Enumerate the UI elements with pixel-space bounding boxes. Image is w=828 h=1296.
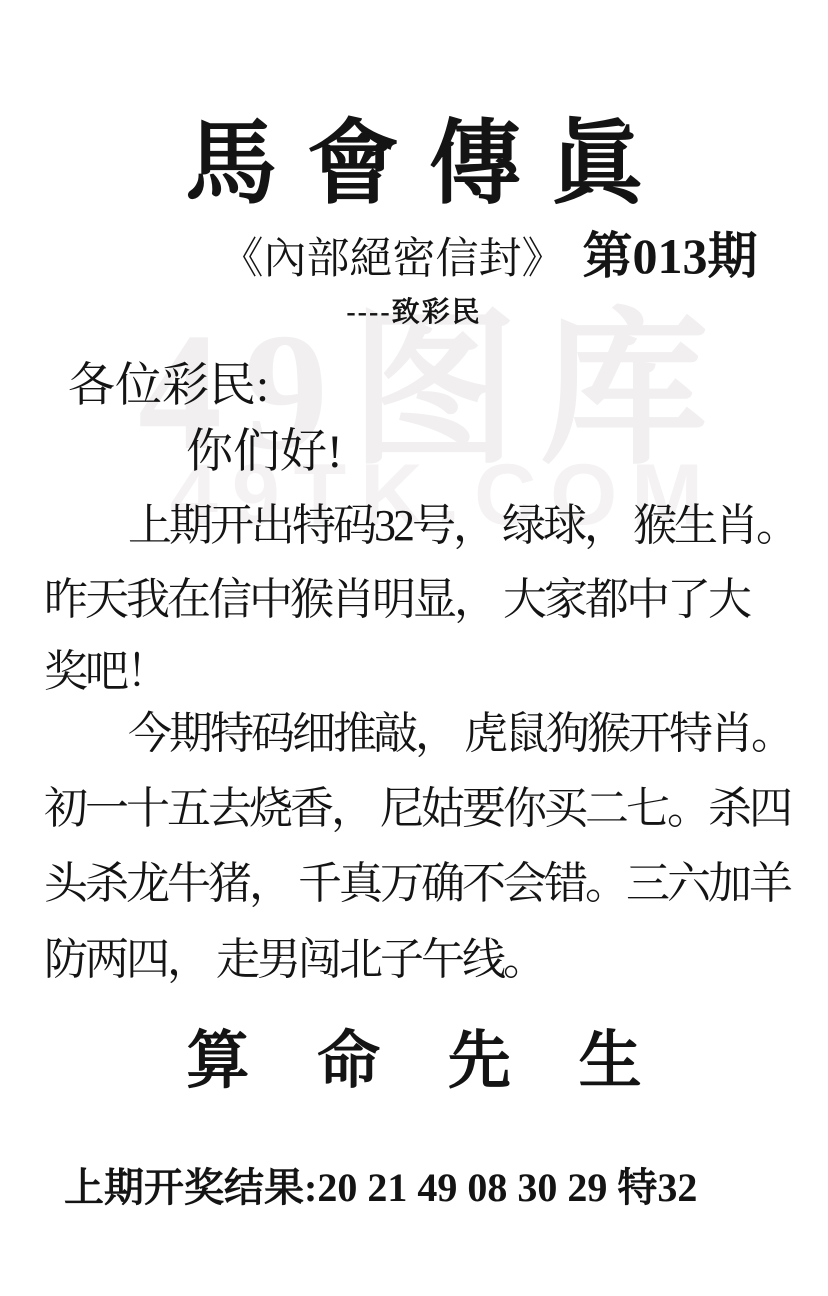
salutation: 各位彩民: — [68, 358, 269, 414]
paragraph1-line3: 奖吧！ — [44, 644, 167, 699]
result-line: 上期开奖结果:20 21 49 08 30 29 特32 — [64, 1164, 697, 1212]
paragraph2-line3: 头杀龙牛猪， 千真万确不会错。三六加羊 — [44, 856, 790, 911]
signature: 算 命 先 生 — [0, 1024, 828, 1100]
subtitle: 《內部絕密信封》 第013期 — [0, 226, 828, 286]
fax-letter-page: 49图库 49TK.COM 馬會傳眞 《內部絕密信封》 第013期 ----致彩… — [0, 0, 828, 1296]
paragraph2-line1: 今期特码细推敲， 虎鼠狗猴开特肖。 — [128, 706, 792, 761]
paragraph1-line1: 上期开出特码32号， 绿球， 猴生肖。 — [128, 498, 797, 553]
page-title: 馬會傳眞 — [0, 112, 828, 218]
letter-content: 馬會傳眞 《內部絕密信封》 第013期 ----致彩民 各位彩民: 你们好! 上… — [0, 0, 828, 1296]
paragraph1-line2: 昨天我在信中猴肖明显， 大家都中了大 — [44, 572, 749, 627]
result-numbers: 20 21 49 08 30 29 特32 — [317, 1165, 697, 1210]
subtitle-issue-number: 第013期 — [583, 228, 758, 284]
dedication-line: ----致彩民 — [0, 296, 828, 330]
greeting: 你们好! — [186, 424, 343, 480]
result-label: 上期开奖结果: — [64, 1165, 317, 1210]
paragraph2-line4: 防两四， 走男闯北子午线。 — [44, 932, 544, 987]
paragraph2-line2: 初一十五去烧香， 尼姑要你买二七。杀四 — [44, 781, 790, 836]
subtitle-envelope-label: 《內部絕密信封》 — [221, 236, 565, 283]
